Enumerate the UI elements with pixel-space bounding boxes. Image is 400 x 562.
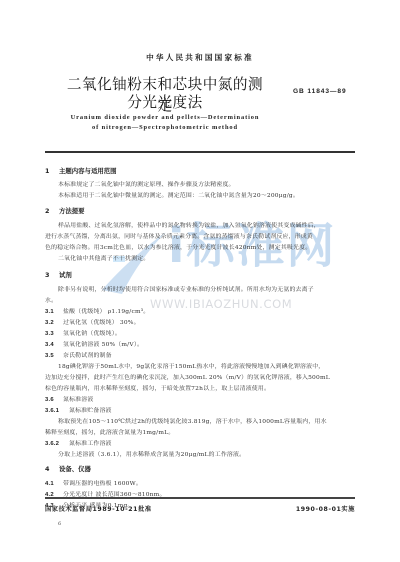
page-number: 6 bbox=[58, 521, 61, 527]
item-3-6-1-line-1: 称取预先在105～110℃烘过2h的优级纯氯化铵3.819g，溶于水中，移入10… bbox=[58, 416, 327, 425]
section-number: 2 bbox=[45, 207, 59, 215]
section-3-intro-line-2: 水。 bbox=[45, 295, 57, 304]
item-3-6-1: 3.6.1氮标准贮备溶液 bbox=[45, 405, 112, 414]
item-number: 3.4 bbox=[45, 342, 63, 348]
item-text: 过氧化氢（优级纯） 30%。 bbox=[63, 320, 140, 326]
section-3-heading: 3试剂 bbox=[45, 270, 72, 279]
item-text: 盐酸（优级纯） ρ1.19g/cm³。 bbox=[63, 309, 149, 315]
section-title: 设备、仪器 bbox=[59, 465, 91, 473]
item-3-3: 3.3氢氧化钠（优级纯）。 bbox=[45, 328, 121, 337]
section-2-line-2: 进行水蒸气蒸馏，分离出氨，同时与基体及杂质元素分离。含氨的蒸馏液与奈氏勒试剂反应… bbox=[45, 231, 313, 240]
section-number: 4 bbox=[45, 465, 59, 473]
item-3-5: 3.5奈氏勒试剂的制备 bbox=[45, 350, 112, 359]
section-1-paragraph-2: 本标准适用于二氧化铀中微量氮的测定。测定范围：二氧化铀中氮含量为20～200μg… bbox=[58, 190, 299, 199]
title-en-line2: of nitrogen—Spectrophotometric method bbox=[40, 124, 290, 131]
text-span: 扰测定。 bbox=[125, 256, 149, 262]
section-title: 方法提要 bbox=[59, 207, 85, 215]
item-number: 3.3 bbox=[45, 331, 63, 337]
item-3-4: 3.4氢氧化钠溶液 50%（m/V）。 bbox=[45, 339, 143, 348]
item-3-5-line-1: 18g碘化钾溶于50mL水中，9g氯化汞溶于150mL热水中，将此溶液慢慢地加入… bbox=[58, 361, 324, 370]
item-3-1: 3.1盐酸（优级纯） ρ1.19g/cm³。 bbox=[45, 306, 149, 315]
item-text: 氮标准工作溶液 bbox=[69, 441, 112, 447]
item-3-5-line-2: 边加边充分搅拌，此时产生红色的碘化汞沉淀，加入300mL 20%（m/V）的氢氧… bbox=[45, 372, 330, 381]
item-text: 带调压器的电热板 1600W。 bbox=[63, 481, 142, 487]
item-3-6-2: 3.6.2氮标准工作溶液 bbox=[45, 438, 112, 447]
footer-divider bbox=[45, 497, 355, 499]
header-divider bbox=[45, 151, 355, 153]
item-3-6-1-line-2: 稀释至刻度，摇匀，此溶液含氮量为1mg/mL。 bbox=[45, 427, 174, 436]
approval-info: 国家技术监督局1989-10-21批准 bbox=[45, 504, 152, 513]
title-en-line1: Uranium dioxide powder and pellets—Deter… bbox=[40, 114, 290, 121]
effective-date: 1990-08-01实施 bbox=[296, 504, 355, 513]
text-span: 二氧化铀中其他离子 bbox=[58, 256, 113, 262]
standard-label: 中华人民共和国国家标准 bbox=[0, 52, 400, 63]
item-text: 氮标准溶液 bbox=[63, 397, 93, 403]
section-2-paragraph-2: 二氧化铀中其他离子不干扰测定。 bbox=[58, 253, 149, 262]
item-number: 4.1 bbox=[45, 481, 63, 487]
watermark-url: WWW.IBIAOZHUN.COM bbox=[150, 297, 292, 311]
item-number: 3.5 bbox=[45, 353, 63, 359]
item-number: 3.6.1 bbox=[45, 408, 69, 414]
title-cn-line2: 分光光度法 bbox=[60, 91, 270, 112]
section-1-paragraph-1: 本标准规定了二氧化铀中氮的测定原理、操作步骤及方法精密度。 bbox=[58, 179, 235, 188]
item-3-6: 3.6氮标准溶液 bbox=[45, 394, 93, 403]
section-2-line-1: 样品用盐酸、过氧化氢溶解，使样品中的氮化物转换为铵盐，加入氢氧化钠溶液使其变成碱… bbox=[58, 220, 320, 229]
item-3-5-line-3: 棕色的容量瓶内，用水稀释至刻度，摇匀，于暗处放置72h以上，取上层清液使用。 bbox=[45, 383, 270, 392]
item-number: 3.2 bbox=[45, 320, 63, 326]
item-3-2: 3.2过氧化氢（优级纯） 30%。 bbox=[45, 317, 140, 326]
section-2-line-3: 色的稳定络合物。用3cm比色皿，以水为参比溶液，于分光光度计波长420nm处，测… bbox=[45, 242, 311, 251]
section-2-heading: 2方法提要 bbox=[45, 206, 85, 215]
section-3-intro-line-1: 除非另有说明，分析时均使用符合国家标准或专业标准的分析纯试剂。所用水均为无氨的去… bbox=[58, 284, 314, 293]
section-title: 主题内容与适用范围 bbox=[59, 167, 117, 175]
section-4-heading: 4设备、仪器 bbox=[45, 464, 91, 473]
section-number: 1 bbox=[45, 167, 59, 175]
item-number: 3.6.2 bbox=[45, 441, 69, 447]
item-number: 3.1 bbox=[45, 309, 63, 315]
item-text: 氢氧化钠溶液 50%（m/V）。 bbox=[63, 342, 143, 348]
item-number: 3.6 bbox=[45, 397, 63, 403]
section-1-heading: 1主题内容与适用范围 bbox=[45, 166, 117, 175]
gb-code: GB 11843—89 bbox=[293, 88, 347, 95]
item-text: 奈氏勒试剂的制备 bbox=[63, 353, 112, 359]
highlighted-text: 不干 bbox=[113, 256, 125, 262]
item-text: 氢氧化钠（优级纯）。 bbox=[63, 331, 121, 337]
item-4-1: 4.1带调压器的电热板 1600W。 bbox=[45, 478, 142, 487]
item-text: 氮标准贮备溶液 bbox=[69, 408, 112, 414]
section-title: 试剂 bbox=[59, 271, 72, 279]
section-number: 3 bbox=[45, 271, 59, 279]
item-3-6-2-line-1: 分取上述溶液（3.6.1），用水稀释成含氮量为20μg/mL的工作溶液。 bbox=[58, 449, 245, 458]
